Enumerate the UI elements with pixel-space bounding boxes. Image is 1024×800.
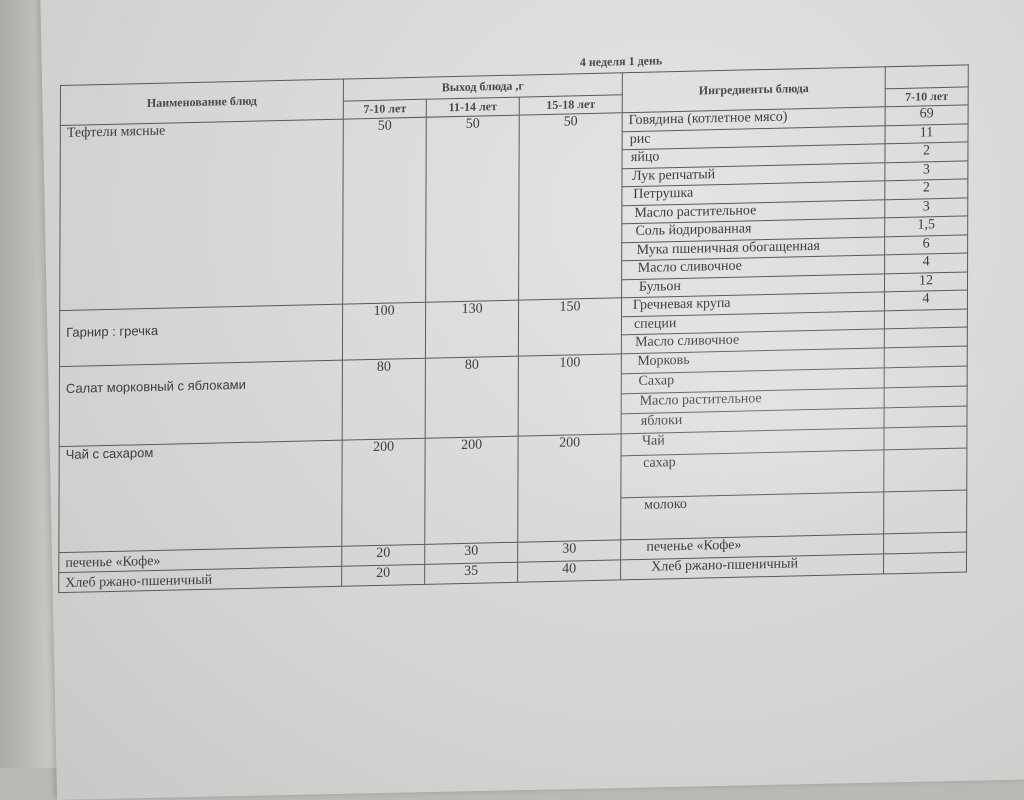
header-dish-name: Наименование блюд: [60, 79, 343, 125]
dish-name: Чай с сахаром: [59, 440, 342, 552]
dish-yield-11-14: 80: [425, 356, 518, 438]
dish-yield-11-14: 50: [426, 115, 520, 302]
ingredient-qty: [884, 532, 967, 554]
dish-yield-11-14: 30: [425, 542, 518, 564]
dish-yield-15-18: 40: [518, 559, 621, 581]
ingredient-qty: 69: [885, 105, 968, 125]
ingredient-qty: [884, 385, 967, 407]
ingredient-qty: 1,5: [885, 216, 968, 236]
dish-yield-15-18: 150: [518, 298, 621, 356]
ingredient-qty: 12: [885, 271, 968, 291]
header-ingredients: Ингредиенты блюда: [622, 67, 885, 113]
ingredient-qty: 3: [885, 197, 968, 217]
menu-document: 4 неделя 1 день Наименование блюд Выход …: [58, 64, 969, 592]
header-age-15-18: 15-18 лет: [519, 95, 622, 115]
dish-yield-15-18: 200: [518, 433, 621, 541]
dish-yield-7-10: 100: [342, 302, 425, 359]
dish-yield-11-14: 130: [425, 300, 518, 358]
ingredient-qty: [884, 490, 967, 534]
ingredient-name: сахар: [621, 449, 884, 497]
ingredient-qty: [884, 552, 967, 574]
ingredient-qty: 4: [885, 253, 968, 273]
dish-yield-15-18: 50: [519, 113, 623, 300]
ingredient-qty: 2: [885, 179, 968, 199]
dish-yield-15-18: 30: [518, 539, 621, 561]
dish-name: Гарнир : гречка: [60, 304, 343, 366]
header-age-7-10: 7-10 лет: [343, 99, 426, 119]
header-age-11-14: 11-14 лет: [426, 97, 519, 117]
ingredient-name: молоко: [621, 491, 884, 539]
ingredient-qty: [884, 365, 967, 387]
dish-yield-7-10: 50: [343, 117, 427, 304]
ingredient-qty: [884, 406, 967, 428]
dish-yield-15-18: 100: [518, 353, 621, 435]
ingredient-qty: [884, 426, 967, 450]
ingredient-qty: [884, 345, 967, 367]
ingredient-qty: 3: [885, 160, 968, 180]
ingredient-qty: [884, 327, 967, 347]
dish-yield-7-10: 20: [342, 564, 425, 586]
menu-body: Тефтели мясные505050Говядина (котлетное …: [59, 105, 968, 592]
week-day-title: 4 неделя 1 день: [580, 53, 662, 70]
dish-name: Салат морковный с яблоками: [59, 360, 342, 446]
ingredient-qty: 11: [885, 123, 968, 143]
ingredient-qty: [884, 448, 967, 492]
ingredient-qty: 6: [885, 234, 968, 254]
ingredient-qty: [884, 308, 967, 328]
ingredient-qty: 4: [884, 290, 967, 310]
dish-yield-7-10: 20: [342, 544, 425, 566]
dish-yield-11-14: 35: [425, 562, 518, 584]
header-ingredient-age-7-10: 7-10 лет: [885, 87, 968, 107]
dish-yield-7-10: 200: [342, 438, 425, 546]
header-ingredient-blank: [885, 65, 968, 89]
dish-name: Тефтели мясные: [60, 119, 344, 310]
menu-table: Наименование блюд Выход блюда ,г Ингреди…: [58, 64, 969, 592]
dish-yield-7-10: 80: [342, 358, 425, 440]
ingredient-qty: 2: [885, 142, 968, 162]
photo-background: 4 неделя 1 день Наименование блюд Выход …: [0, 0, 1024, 768]
dish-yield-11-14: 200: [425, 436, 518, 544]
